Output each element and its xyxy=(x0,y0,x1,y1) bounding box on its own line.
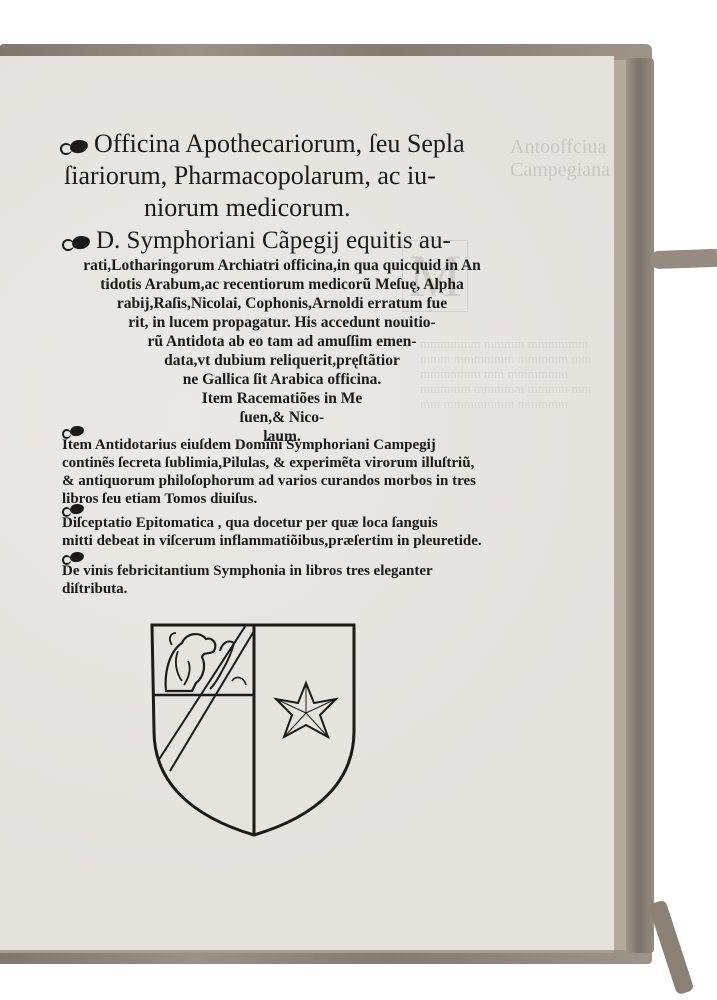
title-line-2: ſiariorum, Pharmacopolarum, ac iu- xyxy=(60,160,500,192)
author-line: tidotis Arabum,ac recentiorum medicorũ M… xyxy=(62,275,502,294)
item-line: continẽs ſecreta ſublimia,Pilulas, & exp… xyxy=(62,454,512,472)
contents-item-de-vinis: De vinis febricitantium Symphonia in lib… xyxy=(62,550,512,598)
author-section: D. Symphoriani Cãpegij equitis au- rati,… xyxy=(62,226,502,446)
item-line: Item Antidotarius eiuſdem Domini Symphor… xyxy=(62,424,512,454)
binding-fore-edge xyxy=(624,58,654,953)
title-line-1: Officina Apothecariorum, ſeu Sepla xyxy=(60,128,500,160)
fleuron-icon xyxy=(60,138,90,154)
author-line: Item Racematiões in Me xyxy=(62,389,502,408)
contents-item-antidotarius: Item Antidotarius eiuſdem Domini Symphor… xyxy=(62,424,512,508)
author-line: rabij,Raſis,Nicolai, Cophonis,Arnoldi er… xyxy=(62,294,502,313)
author-line: rũ Antidota ab eo tam ad amuſſim emen- xyxy=(62,332,502,351)
author-description: rati,Lotharingorum Archiatri officina,in… xyxy=(62,256,502,446)
author-heading: D. Symphoriani Cãpegij equitis au- xyxy=(62,226,502,256)
fleuron-icon xyxy=(62,550,86,562)
author-line: rit, in lucem propagatur. His accedunt n… xyxy=(62,313,502,332)
item-line: & antiquorum philoſophorum ad varios cur… xyxy=(62,472,512,490)
author-line: rati,Lotharingorum Archiatri officina,in… xyxy=(62,256,502,275)
main-title: Officina Apothecariorum, ſeu Sepla ſiari… xyxy=(60,128,500,224)
contents-item-disceptatio: Diſceptatio Epitomatica , qua docetur pe… xyxy=(62,502,512,550)
coat-of-arms-woodcut xyxy=(148,621,360,839)
item-line: De vinis febricitantium Symphonia in lib… xyxy=(62,550,512,580)
item-line: Diſceptatio Epitomatica , qua docetur pe… xyxy=(62,502,512,532)
author-line: ne Gallica ſit Arabica officina. xyxy=(62,370,502,389)
fleuron-icon xyxy=(62,234,92,250)
title-line-3: niorum medicorum. xyxy=(60,192,500,224)
fleuron-icon xyxy=(62,502,86,514)
fleuron-icon xyxy=(62,424,86,436)
binding-tie-top xyxy=(650,249,717,269)
item-line: mitti debeat in viſcerum inflammatiõibus… xyxy=(62,532,512,550)
binding-tie-bottom xyxy=(648,899,694,995)
show-through-title: Antooffciua Campegiana xyxy=(510,136,614,182)
author-line: data,vt dubium reliquerit,pręſtãtior xyxy=(62,351,502,370)
item-line: diſtributa. xyxy=(62,580,512,598)
